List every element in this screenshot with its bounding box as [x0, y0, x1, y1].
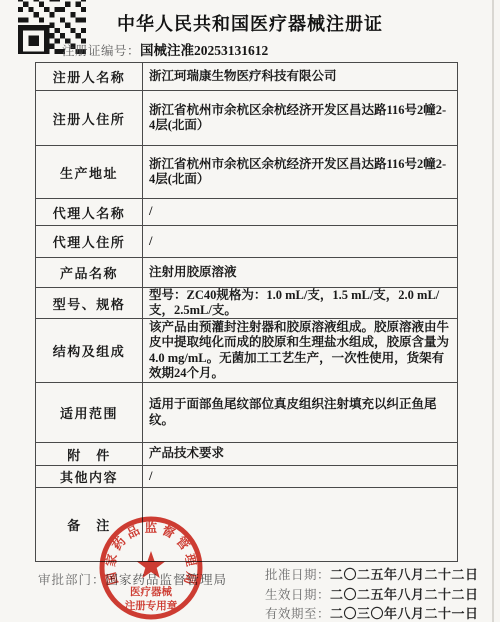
- row-value: 适用于面部鱼尾纹部位真皮组织注射填充以纠正鱼尾纹。: [143, 383, 457, 442]
- page-title: 中华人民共和国医疗器械注册证: [0, 10, 500, 36]
- row-label: 代理人住所: [36, 226, 143, 257]
- row-value: 型号：ZC40规格为：1.0 mL/支，1.5 mL/支，2.0 mL/支，2.…: [143, 288, 457, 318]
- row-label: 注册人名称: [36, 63, 143, 90]
- row-value: 产品技术要求: [143, 443, 457, 465]
- row-value: 浙江省杭州市余杭区余杭经济开发区昌达路116号2幢2-4层(北面）: [143, 91, 457, 145]
- row-value: /: [143, 226, 457, 257]
- row-label: 结构及组成: [36, 319, 143, 382]
- row-label: 型号、规格: [36, 288, 143, 318]
- row-value: 浙江省杭州市余杭区余杭经济开发区昌达路116号2幢2-4层(北面）: [143, 146, 457, 198]
- table-row: 其他内容 /: [36, 466, 457, 488]
- row-value: 该产品由预灌封注射器和胶原溶液组成。胶原溶液由牛皮中提取纯化而成的胶原和生理盐水…: [143, 319, 457, 382]
- approval-date-line: 批准日期：二〇二五年八月二十二日: [265, 564, 479, 584]
- effective-date-value: 二〇二五年八月二十二日: [330, 587, 479, 602]
- row-label: 附 件: [36, 443, 143, 465]
- cert-number-value: 国械注准20253131612: [140, 43, 268, 58]
- row-value: 浙江珂瑞康生物医疗科技有限公司: [143, 63, 457, 90]
- registration-certificate-page: 中华人民共和国医疗器械注册证 注册证编号：国械注准20253131612 注册人…: [0, 0, 500, 622]
- table-row: 结构及组成 该产品由预灌封注射器和胶原溶液组成。胶原溶液由牛皮中提取纯化而成的胶…: [36, 319, 457, 383]
- expiry-date-line: 有效期至：二〇三〇年八月二十一日: [265, 603, 479, 622]
- approval-date-value: 二〇二五年八月二十二日: [330, 567, 479, 582]
- stamp-line1: 医疗器械: [130, 585, 172, 598]
- cert-number-label: 注册证编号：: [62, 44, 140, 58]
- row-label: 其他内容: [36, 466, 143, 487]
- table-row: 生产地址 浙江省杭州市余杭区余杭经济开发区昌达路116号2幢2-4层(北面）: [36, 146, 457, 199]
- table-row: 型号、规格 型号：ZC40规格为：1.0 mL/支，1.5 mL/支，2.0 m…: [36, 288, 457, 319]
- table-row: 适用范围 适用于面部鱼尾纹部位真皮组织注射填充以纠正鱼尾纹。: [36, 383, 457, 443]
- approval-date-label: 批准日期：: [265, 568, 330, 582]
- expiry-date-value: 二〇三〇年八月二十一日: [330, 606, 479, 621]
- official-stamp: 国家药品监督管理局 医疗器械 注册专用章: [96, 513, 206, 622]
- table-row: 注册人住所 浙江省杭州市余杭区余杭经济开发区昌达路116号2幢2-4层(北面）: [36, 91, 457, 146]
- table-row: 产品名称 注射用胶原溶液: [36, 258, 457, 288]
- row-label: 产品名称: [36, 258, 143, 287]
- row-label: 注册人住所: [36, 91, 143, 145]
- scan-edge: [492, 0, 494, 622]
- table-row: 代理人名称 /: [36, 199, 457, 226]
- table-row: 注册人名称 浙江珂瑞康生物医疗科技有限公司: [36, 63, 457, 91]
- date-block: 批准日期：二〇二五年八月二十二日 生效日期：二〇二五年八月二十二日 有效期至：二…: [265, 564, 479, 622]
- row-label: 代理人名称: [36, 199, 143, 225]
- row-label: 适用范围: [36, 383, 143, 442]
- cert-number: 注册证编号：国械注准20253131612: [62, 39, 268, 59]
- row-value: /: [143, 466, 457, 487]
- stamp-line2: 注册专用章: [125, 599, 178, 612]
- expiry-date-label: 有效期至：: [265, 607, 330, 621]
- registration-table: 注册人名称 浙江珂瑞康生物医疗科技有限公司 注册人住所 浙江省杭州市余杭区余杭经…: [35, 62, 458, 562]
- row-value: 注射用胶原溶液: [143, 258, 457, 287]
- effective-date-line: 生效日期：二〇二五年八月二十二日: [265, 584, 479, 604]
- star-icon: [137, 551, 166, 578]
- effective-date-label: 生效日期：: [265, 588, 330, 602]
- table-row: 代理人住所 /: [36, 226, 457, 258]
- table-row: 附 件 产品技术要求: [36, 443, 457, 466]
- row-value: /: [143, 199, 457, 225]
- row-label: 生产地址: [36, 146, 143, 198]
